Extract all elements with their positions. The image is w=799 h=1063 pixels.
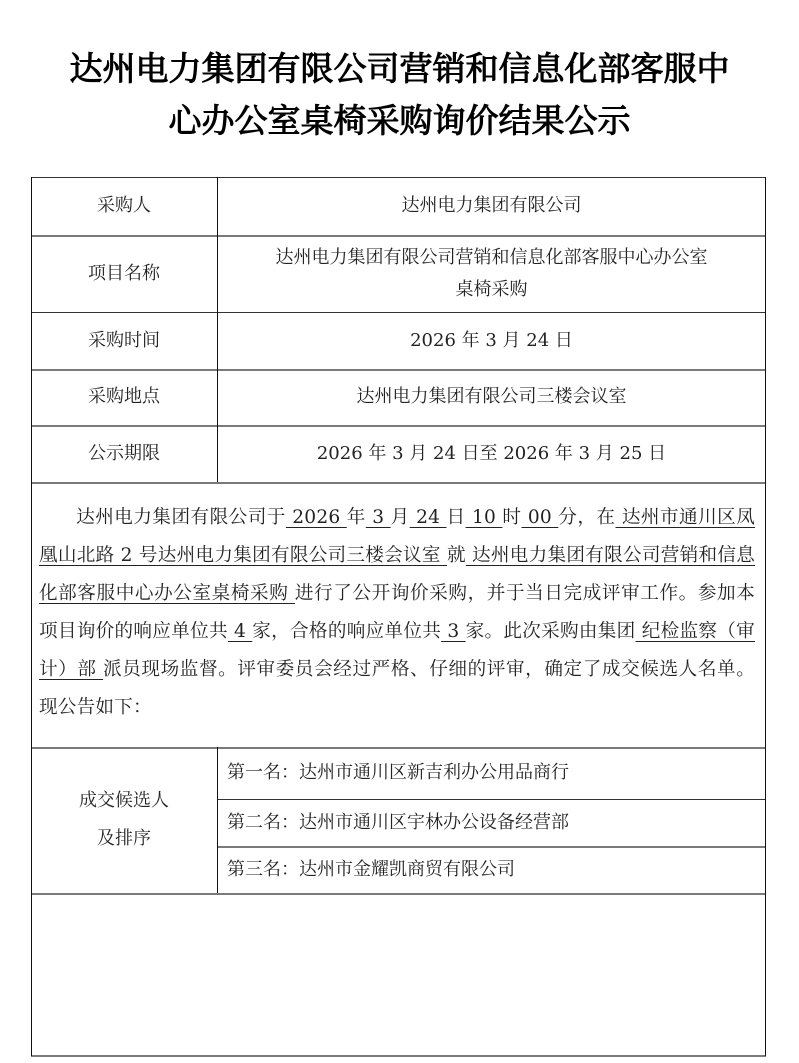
table-border-bottom: [31, 1055, 766, 1057]
text: 分，在: [558, 507, 615, 528]
page-title-line-1: 达州电力集团有限公司营销和信息化部客服中: [0, 43, 799, 90]
candidate-rank-2: 第二名：达州市通川区宇林办公设备经营部: [217, 799, 766, 846]
project-name-line-2: 桌椅采购: [456, 274, 528, 306]
qualified-count: 3: [441, 621, 465, 642]
text: 时: [502, 507, 521, 528]
label-purchase-location: 采购地点: [31, 369, 217, 425]
candidates-label-line-2: 及排序: [97, 820, 151, 858]
hour-value: 10: [466, 507, 503, 528]
project-name-line-1: 达州电力集团有限公司营销和信息化部客服中心办公室: [276, 242, 708, 274]
value-project-name: 达州电力集团有限公司营销和信息化部客服中心办公室 桌椅采购: [217, 235, 766, 312]
text: 派员现场监督。评审委员会经过严格、仔细的评审，确定了成交候选人名单。现公告如下：: [39, 659, 755, 718]
candidate-rank-1: 第一名：达州市通川区新吉利办公用品商行: [217, 747, 766, 799]
announcement-table: 采购人 达州电力集团有限公司 项目名称 达州电力集团有限公司营销和信息化部客服中…: [31, 177, 766, 1056]
text: 日: [447, 507, 466, 528]
value-publicity-period: 2026 年 3 月 24 日至 2026 年 3 月 25 日: [217, 425, 766, 482]
text: 家，合格的响应单位共: [252, 621, 441, 642]
value-purchase-location: 达州电力集团有限公司三楼会议室: [217, 369, 766, 425]
row-divider: [31, 482, 766, 484]
page-title-line-2: 心办公室桌椅采购询价结果公示: [0, 95, 799, 142]
label-purchase-time: 采购时间: [31, 312, 217, 369]
month-value: 3: [366, 507, 391, 528]
text: 家。此次采购由集团: [466, 621, 636, 642]
text: 就: [447, 545, 466, 566]
announcement-paragraph: 达州电力集团有限公司于 2026 年 3 月 24 日 10 时 00 分，在 …: [39, 499, 755, 727]
empty-row: [31, 893, 766, 1055]
candidate-rank-3: 第三名：达州市金耀凯商贸有限公司: [217, 846, 766, 893]
label-project-name: 项目名称: [31, 235, 217, 312]
value-purchase-time: 2026 年 3 月 24 日: [217, 312, 766, 369]
candidates-label-line-1: 成交候选人: [79, 782, 169, 820]
label-publicity-period: 公示期限: [31, 425, 217, 482]
year-value: 2026: [286, 507, 347, 528]
value-purchaser: 达州电力集团有限公司: [217, 177, 766, 235]
bidder-count: 4: [228, 621, 252, 642]
text: 年: [347, 507, 366, 528]
day-value: 24: [410, 507, 447, 528]
label-candidates: 成交候选人 及排序: [31, 747, 217, 893]
minute-value: 00: [521, 507, 558, 528]
text: 月: [391, 507, 410, 528]
text: 达州电力集团有限公司于: [76, 507, 286, 528]
label-purchaser: 采购人: [31, 177, 217, 235]
